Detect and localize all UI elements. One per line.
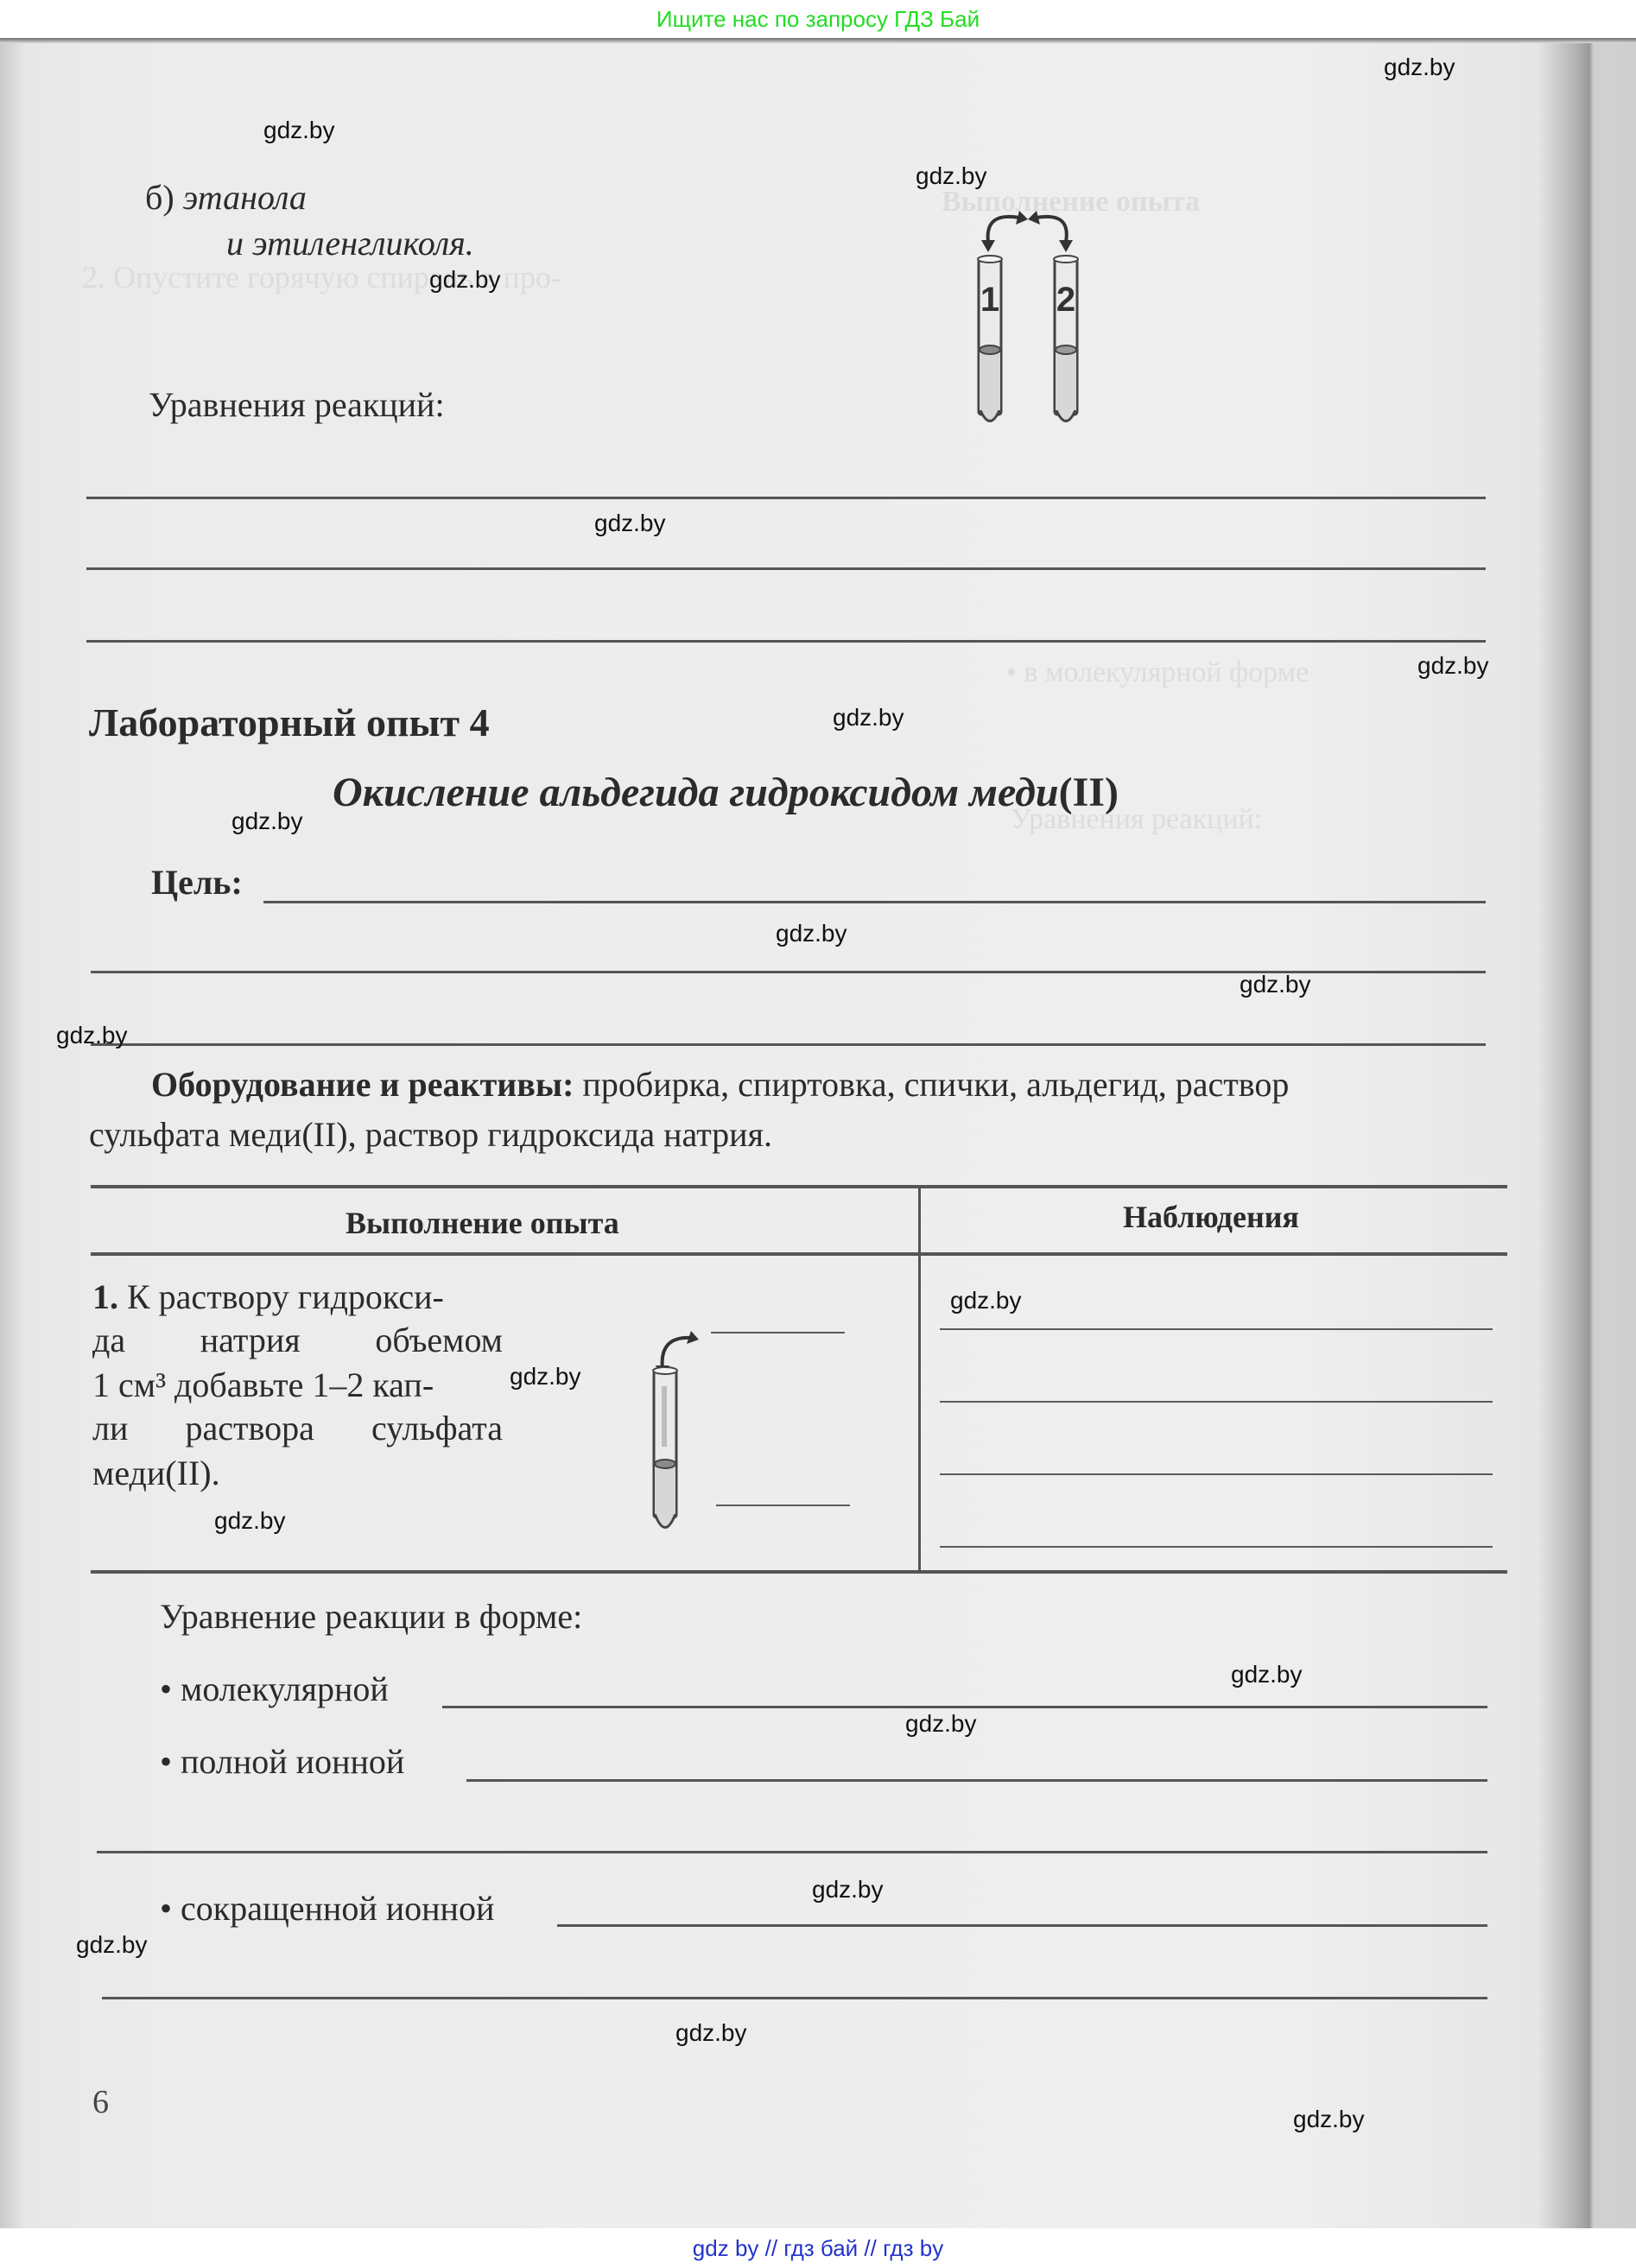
table-header-border [91,1252,1507,1256]
step-line-1: 1. К раствору гидрокси- [92,1277,444,1317]
net-ionic-answer-line[interactable] [557,1924,1487,1927]
page-number: 6 [92,2083,109,2121]
molecular-answer-line[interactable] [442,1706,1487,1708]
observation-line[interactable] [940,1546,1493,1548]
watermark: gdz.by [76,1931,148,1959]
watermark: gdz.by [833,704,904,732]
table-header-execution: Выполнение опыта [346,1205,619,1241]
equation-item-net-ionic: • сокращенной ионной [160,1888,494,1929]
bleed-through-text: • в молекулярной форме [1006,656,1309,689]
equipment-label: Оборудование и реактивы: [151,1065,574,1104]
page-edge-shadow [0,38,1636,43]
equations-label: Уравнения реакций: [149,384,445,425]
watermark: gdz.by [1240,971,1311,998]
step-line-5: меди(II). [92,1453,220,1493]
watermark: gdz.by [1417,652,1489,680]
table-bottom-border [91,1570,1507,1574]
watermark: gdz.by [776,920,847,947]
full-ionic-answer-line-2[interactable] [97,1851,1487,1853]
equation-item-molecular: • молекулярной [160,1669,389,1709]
step-number: 1. [92,1277,118,1316]
watermark: gdz.by [905,1710,977,1738]
item-b-letter: б) [145,178,174,217]
equation-form-label: Уравнение реакции в форме: [160,1596,582,1637]
test-tube-1-icon: 1 [978,211,1028,421]
bottom-banner: gdz by // гдз бай // гдз by [0,2228,1636,2268]
label-line[interactable] [711,1332,845,1334]
watermark: gdz.by [429,266,501,294]
svg-text:1: 1 [980,281,999,319]
top-banner: Ищите нас по запросу ГДЗ Бай [0,0,1636,38]
watermark: gdz.by [812,1876,884,1904]
answer-line[interactable] [86,640,1486,643]
table-column-divider [918,1185,921,1574]
label-line[interactable] [716,1505,850,1506]
watermark: gdz.by [950,1287,1022,1315]
item-b-line2: и этиленгликоля. [226,223,474,263]
full-ionic-answer-line[interactable] [466,1779,1487,1782]
step-line-3: 1 см³ добавьте 1–2 кап- [92,1365,434,1405]
equation-item-full-ionic: • полной ионной [160,1741,404,1782]
test-tube-2-icon: 2 [1028,211,1078,421]
answer-line[interactable] [91,1043,1486,1046]
equipment-line1: Оборудование и реактивы: пробирка, спирт… [151,1064,1499,1105]
observation-line[interactable] [940,1473,1493,1475]
watermark: gdz.by [231,808,303,835]
watermark: gdz.by [675,2019,747,2047]
lab-subtitle-suffix: (II) [1059,770,1119,815]
equipment-text: пробирка, спиртовка, спички, альдегид, р… [582,1065,1289,1104]
item-b-line1: этанола [183,178,307,217]
step-line-4: ли раствора сульфата [92,1408,503,1448]
goal-label: Цель: [151,862,243,903]
watermark: gdz.by [56,1022,128,1049]
answer-line[interactable] [86,567,1486,570]
step-text: К раствору гидрокси- [127,1277,444,1316]
watermark: gdz.by [214,1507,286,1535]
watermark: gdz.by [510,1363,581,1391]
watermark: gdz.by [1231,1661,1303,1688]
watermark: gdz.by [916,162,987,190]
net-ionic-answer-line-2[interactable] [102,1997,1487,1999]
watermark: gdz.by [1384,54,1455,81]
observation-line[interactable] [940,1328,1493,1330]
item-b-label: б) этанола [145,177,307,218]
test-tubes-illustration: 1 2 [942,190,1114,501]
watermark: gdz.by [594,510,666,537]
table-header-observations: Наблюдения [1123,1199,1299,1235]
svg-text:2: 2 [1056,281,1075,319]
observation-line[interactable] [940,1401,1493,1403]
goal-answer-line[interactable] [263,901,1486,903]
watermark: gdz.by [263,117,335,144]
answer-line[interactable] [86,497,1486,499]
table-top-border [91,1185,1507,1188]
lab-subtitle: Окисление альдегида гидроксидом меди(II) [333,769,1119,816]
lab-subtitle-text: Окисление альдегида гидроксидом меди [333,770,1059,815]
lab-title: Лабораторный опыт 4 [89,700,490,745]
step-line-2: да натрия объемом [92,1320,503,1360]
equipment-line2: сульфата меди(II), раствор гидроксида на… [89,1114,772,1155]
test-tube-icon [644,1317,721,1533]
watermark: gdz.by [1293,2106,1365,2133]
